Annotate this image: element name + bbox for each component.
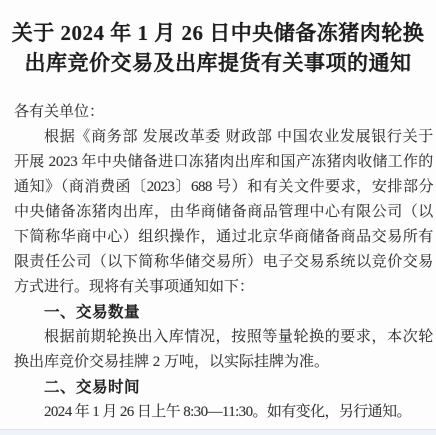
paragraph-1-line-3: 通知》（商消费函〔2023〕688 号）和有关文件要求，安排部分	[14, 175, 433, 200]
paragraph-1-line-5: 下简称华商中心）组织操作，通过北京华商储备商品交易所有	[14, 225, 433, 250]
paragraph-1-line-2: 开展 2023 年中央储备进口冻猪肉出库和国产冻猪肉收储工作的	[14, 150, 433, 175]
notice-document: 关于 2024 年 1 月 26 日中央储备冻猪肉轮换 出库竞价交易及出库提货有…	[0, 0, 436, 435]
section-2-heading: 二、交易时间	[14, 375, 433, 400]
section-1-heading: 一、交易数量	[14, 300, 433, 325]
paragraph-1-line-4: 中央储备冻猪肉出库，由华商储备商品管理中心有限公司（以	[14, 200, 433, 225]
paragraph-1-line-1: 根据《商务部 发展改革委 财政部 中国农业发展银行关于	[14, 125, 433, 150]
section-1-line-1: 根据前期轮换出入库情况，按照等量轮换的要求，本次轮	[14, 325, 433, 350]
page-bottom-edge	[0, 429, 436, 435]
document-title-line-2: 出库竞价交易及出库提货有关事项的通知	[6, 48, 430, 78]
document-body: 各有关单位： 根据《商务部 发展改革委 财政部 中国农业发展银行关于 开展 20…	[14, 100, 433, 425]
salutation: 各有关单位：	[14, 100, 433, 125]
section-2-line-1: 2024 年 1 月 26 日上午 8:30—11:30。如有变化，另行通知。	[14, 400, 433, 425]
section-1-line-2: 换出库竞价交易挂牌 2 万吨，以实际挂牌为准。	[14, 350, 433, 375]
document-title: 关于 2024 年 1 月 26 日中央储备冻猪肉轮换 出库竞价交易及出库提货有…	[6, 18, 430, 78]
paragraph-1-line-7: 方式进行。现将有关事项通知如下：	[14, 275, 433, 300]
document-title-line-1: 关于 2024 年 1 月 26 日中央储备冻猪肉轮换	[6, 18, 430, 48]
paragraph-1-line-6: 限责任公司（以下简称华储交易所）电子交易系统以竞价交易	[14, 250, 433, 275]
